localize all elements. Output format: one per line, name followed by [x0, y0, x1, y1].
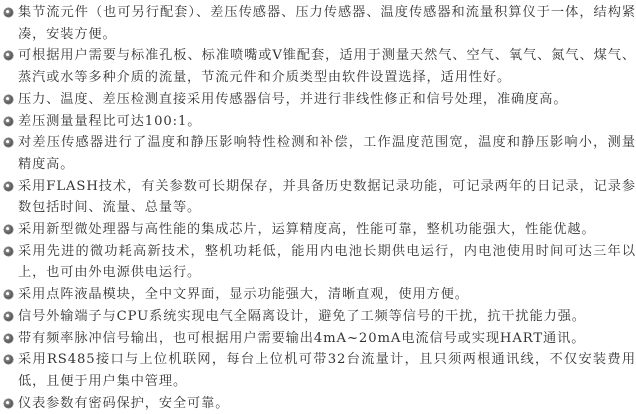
feature-text: 采用点阵液晶模块，全中文界面，显示功能强大，清晰直观，使用方便。: [18, 287, 469, 302]
feature-text: 采用RS485接口与上位机联网，每台上位机可带32台流量计，且只须两根通讯线，不…: [18, 352, 636, 389]
feature-text: 集节流元件（也可另行配套）、差压传感器、压力传感器、温度传感器和流量积算仪于一体…: [18, 5, 636, 42]
feature-text: 采用FLASH技术，有关参数可长期保存，并具备历史数据记录功能，可记录两年的日记…: [18, 179, 636, 216]
feature-text: 压力、温度、差压检测直接采用传感器信号，并进行非线性修正和信号处理，准确度高。: [18, 92, 567, 107]
circle-bullet-icon: [4, 182, 13, 191]
circle-bullet-icon: [4, 247, 13, 256]
circle-bullet-icon: [4, 399, 13, 408]
feature-text: 采用新型微处理器与高性能的集成芯片，运算精度高，性能可靠，整机功能强大，性能优越…: [18, 222, 596, 237]
feature-text: 采用先进的微功耗高新技术，整机功耗低，能用内电池长期供电运行，内电池使用时间可达…: [18, 244, 636, 281]
circle-bullet-icon: [4, 312, 13, 321]
feature-item: 可根据用户需要与标准孔板、标准喷嘴或V锥配套，适用于测量天然气、空气、氧气、氮气…: [4, 45, 636, 88]
circle-bullet-icon: [4, 51, 13, 60]
feature-item: 采用RS485接口与上位机联网，每台上位机可带32台流量计，且只须两根通讯线，不…: [4, 349, 636, 392]
feature-item: 采用点阵液晶模块，全中文界面，显示功能强大，清晰直观，使用方便。: [4, 284, 636, 306]
feature-text: 带有频率脉冲信号输出，也可根据用户需要输出4mA~20mA电流信号或实现HART…: [18, 331, 585, 346]
circle-bullet-icon: [4, 225, 13, 234]
feature-item: 差压测量量程比可达100:1。: [4, 111, 636, 133]
feature-item: 集节流元件（也可另行配套）、差压传感器、压力传感器、温度传感器和流量积算仪于一体…: [4, 2, 636, 45]
feature-text: 对差压传感器进行了温度和静压影响特性检测和补偿，工作温度范围宽，温度和静压影响小…: [18, 135, 636, 172]
feature-list: 集节流元件（也可另行配套）、差压传感器、压力传感器、温度传感器和流量积算仪于一体…: [0, 0, 636, 414]
feature-text: 信号外输端子与CPU系统实现电气全隔离设计，避免了工频等信号的干扰，抗干扰能力强…: [18, 309, 586, 324]
feature-item: 信号外输端子与CPU系统实现电气全隔离设计，避免了工频等信号的干扰，抗干扰能力强…: [4, 306, 636, 328]
circle-bullet-icon: [4, 95, 13, 104]
circle-bullet-icon: [4, 138, 13, 147]
circle-bullet-icon: [4, 355, 13, 364]
feature-item: 仪表参数有密码保护，安全可靠。: [4, 393, 636, 414]
feature-text: 可根据用户需要与标准孔板、标准喷嘴或V锥配套，适用于测量天然气、空气、氧气、氮气…: [18, 48, 636, 85]
feature-item: 压力、温度、差压检测直接采用传感器信号，并进行非线性修正和信号处理，准确度高。: [4, 89, 636, 111]
feature-item: 采用新型微处理器与高性能的集成芯片，运算精度高，性能可靠，整机功能强大，性能优越…: [4, 219, 636, 241]
feature-item: 对差压传感器进行了温度和静压影响特性检测和补偿，工作温度范围宽，温度和静压影响小…: [4, 132, 636, 175]
feature-text: 差压测量量程比可达100:1。: [18, 114, 201, 129]
circle-bullet-icon: [4, 290, 13, 299]
circle-bullet-icon: [4, 117, 13, 126]
circle-bullet-icon: [4, 8, 13, 17]
feature-text: 仪表参数有密码保护，安全可靠。: [18, 396, 229, 411]
feature-item: 采用先进的微功耗高新技术，整机功耗低，能用内电池长期供电运行，内电池使用时间可达…: [4, 241, 636, 284]
feature-item: 带有频率脉冲信号输出，也可根据用户需要输出4mA~20mA电流信号或实现HART…: [4, 328, 636, 350]
circle-bullet-icon: [4, 334, 13, 343]
feature-item: 采用FLASH技术，有关参数可长期保存，并具备历史数据记录功能，可记录两年的日记…: [4, 176, 636, 219]
